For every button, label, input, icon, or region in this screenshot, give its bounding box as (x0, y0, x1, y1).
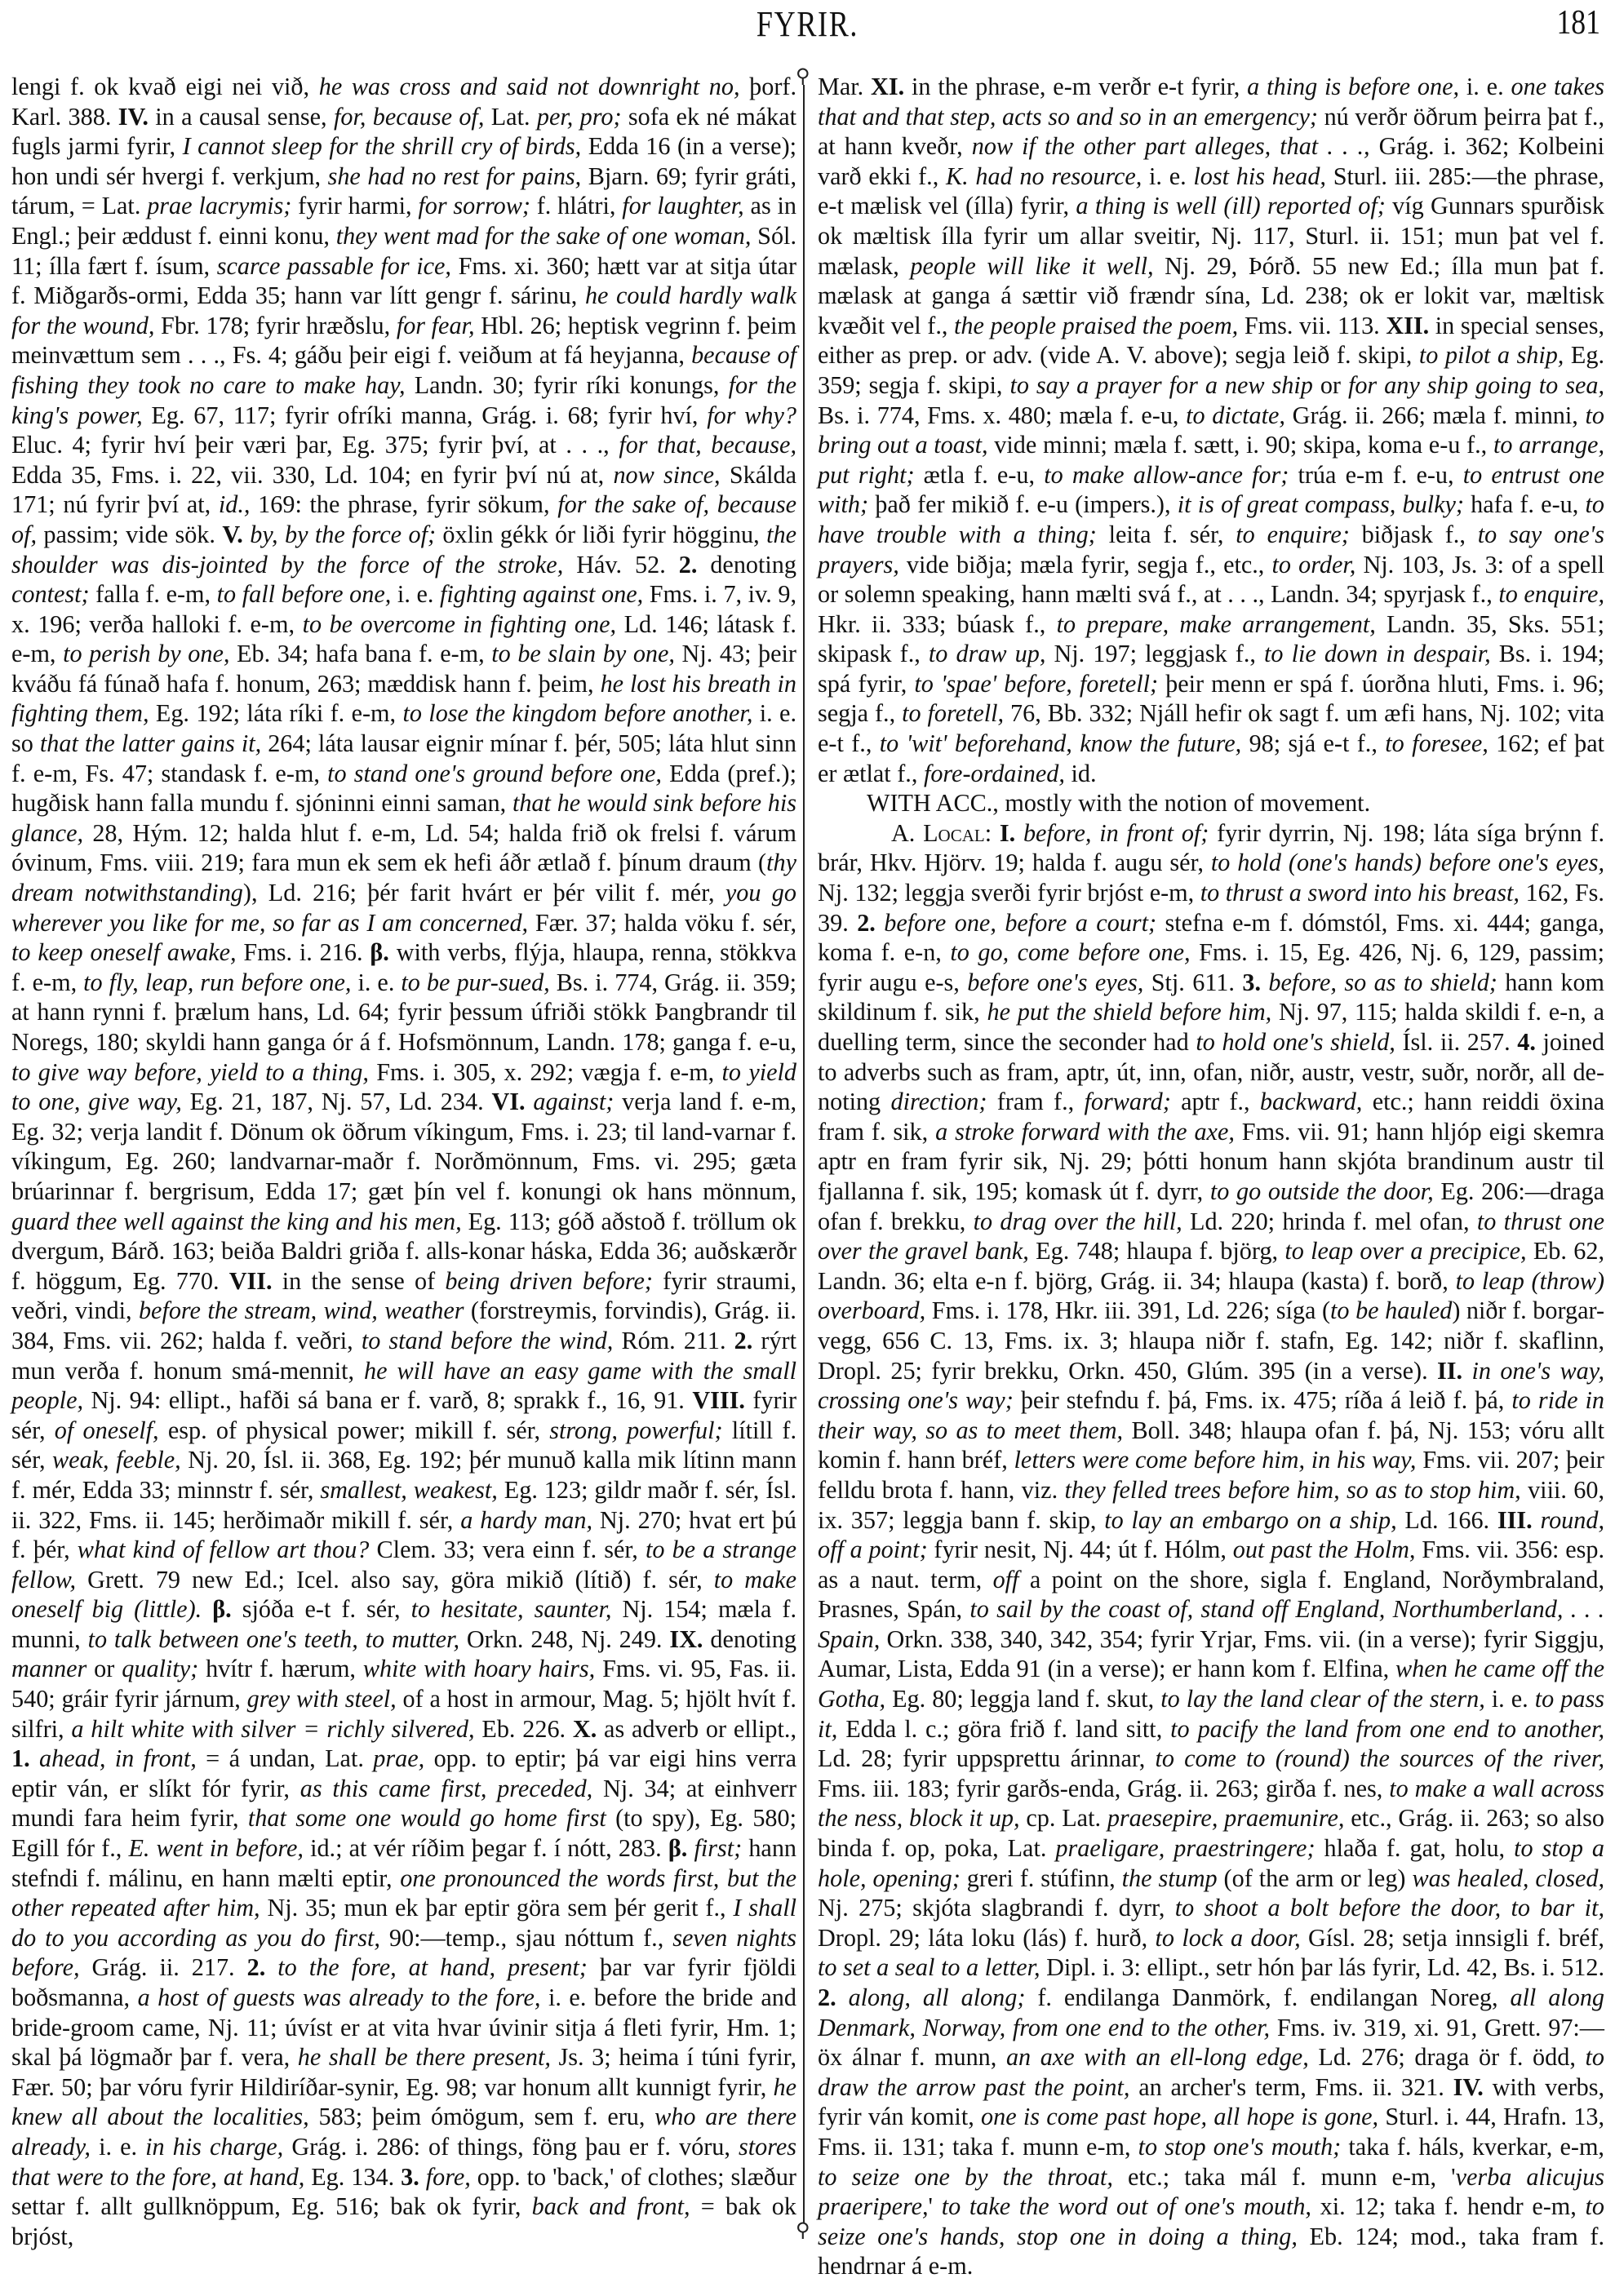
gloss-text: to lock a door, (1156, 1924, 1301, 1952)
entry-text: ' (929, 2192, 942, 2220)
sense-marker: 3. (401, 2163, 419, 2191)
entry-text: id.; at vér ríðim þegar f. í nótt, 283. (304, 1834, 668, 1862)
entry-text: Grág. i. 286: of things, föng þau er f. … (283, 2133, 739, 2161)
entry-text: ), Ld. 216; þér farit hvárt er þér vilit… (243, 879, 725, 906)
entry-text: Eb. 34; hafa bana f. e-m, (229, 640, 491, 667)
page-header: FYRIR. 181 (0, 0, 1615, 49)
entry-text (876, 909, 884, 937)
sense-marker: 2. (247, 1953, 266, 1981)
gloss-text: to stand before the wind, (362, 1327, 614, 1354)
entry-text: Nj. 35; mun ek þar eptir göra sem þér ge… (260, 1894, 734, 1921)
gloss-text: being driven before; (445, 1267, 653, 1295)
gloss-text: before, so as to shield; (1268, 968, 1497, 996)
gloss-text: prae, (373, 1744, 424, 1772)
sense-marker: IV. (118, 103, 149, 131)
sense-marker: V. (222, 521, 242, 548)
entry-text: Edda l. c.; göra frið f. land sitt, (837, 1715, 1170, 1743)
gloss-text: to thrust a sword into his breast, (1200, 879, 1520, 906)
gloss-text: a hardy man, (460, 1506, 592, 1534)
entry-text: það fer mikið f. e-u (impers.), (868, 490, 1178, 518)
gloss-text: before, in front of; (1023, 819, 1209, 847)
gloss-text: for sorrow; (418, 192, 530, 219)
sense-marker: 4. (1517, 1028, 1536, 1056)
sense-marker: 1. (11, 1744, 30, 1772)
column-rule-top-ornament-icon: ⚲ (796, 67, 810, 86)
entry-text: fram f., (987, 1088, 1084, 1115)
gloss-text: to order, (1272, 551, 1356, 578)
entry-text: hafa f. e-u, (1464, 490, 1586, 518)
sense-marker: 2. (818, 1984, 836, 2011)
gloss-text: for why? (707, 401, 796, 429)
gloss-text: to draw up, (929, 640, 1045, 667)
entry-text: Stj. 611. (1143, 968, 1242, 996)
gloss-text: white with hoary hairs, (363, 1655, 595, 1682)
entry-text: an archer's term, Fms. ii. 321. (1129, 2073, 1453, 2101)
gloss-text: to shoot a bolt before the door, to bar … (1175, 1894, 1604, 1921)
entry-text: taka f. háls, kverkar, e-m, (1341, 2133, 1604, 2161)
gloss-text: before one, before a court; (884, 909, 1156, 937)
gloss-text: grey with steel, (247, 1685, 397, 1713)
gloss-text: lost his head, (1193, 162, 1326, 190)
gloss-text: to prepare, make arrangement, (1057, 610, 1376, 638)
gloss-text: to be hauled (1330, 1296, 1452, 1324)
sense-marker: XI. (871, 73, 904, 100)
entry-text: Eb. 226. (475, 1715, 573, 1743)
gloss-text: fighting against one, (440, 580, 643, 608)
entry-text: Háv. 52. (563, 551, 678, 578)
sense-marker: 2. (679, 551, 698, 578)
gloss-text: to hold (one's hands) before one's eyes, (1211, 849, 1604, 876)
sense-marker: XII. (1386, 312, 1429, 339)
entry-text (419, 2163, 426, 2191)
entry-text (243, 521, 250, 548)
entry-text: 583; þeim ómögum, sem f. eru, (309, 2103, 654, 2130)
gloss-text: to take the word out of one's mouth, (942, 2192, 1311, 2220)
entry-text: i. e. (1459, 73, 1511, 100)
gloss-text: along, all along; (849, 1984, 1026, 2011)
entry-text: ætla f. e-u, (915, 461, 1045, 489)
gloss-text: contest; (11, 580, 90, 608)
gloss-text: off (993, 1566, 1019, 1593)
entry-text: leita f. sér, (1097, 521, 1236, 548)
gloss-text: to talk between one's teeth, to mutter, (88, 1625, 459, 1653)
gloss-text: was healed, closed, (1412, 1864, 1604, 1892)
entry-text: WITH ACC., mostly with the notion of mov… (867, 789, 1370, 817)
entry-text: biðjask f., (1350, 521, 1478, 548)
gloss-text: to stop one's mouth; (1138, 2133, 1342, 2161)
gloss-text: id., (219, 490, 251, 518)
entry-text: i. e. (91, 2133, 145, 2161)
gloss-text: as this came first, preceded, (300, 1775, 593, 1802)
entry-text: Eg. 80; leggja land f. skut, (885, 1685, 1160, 1713)
gloss-text: to make allow-ance for; (1044, 461, 1289, 489)
gloss-text: against; (533, 1088, 614, 1115)
gloss-text: per, pro; (537, 103, 622, 131)
entry-text: Grág. ii. 217. (80, 1953, 247, 1981)
sense-marker: VI. (491, 1088, 525, 1115)
entry-paragraph: WITH ACC., mostly with the notion of mov… (818, 788, 1604, 818)
gloss-text: to set a seal to a letter, (818, 1953, 1040, 1981)
entry-text (526, 1088, 534, 1115)
entry-text: Fbr. 178; fyrir hræðslu, (154, 312, 396, 339)
sense-marker: II. (1437, 1357, 1462, 1385)
gloss-text: E. went in before, (128, 1834, 303, 1862)
gloss-text: to pacify the land from one end to anoth… (1170, 1715, 1604, 1743)
entry-text: 28, Hým. 12; halda hlut f. e-m, Ld. 54; … (11, 819, 796, 877)
gloss-text: to seize one by the throat, (818, 2163, 1113, 2191)
entry-text: Lat. (484, 103, 537, 131)
left-column: lengi f. ok kvað eigi nei við, he was cr… (11, 72, 796, 2251)
entry-text: Eg. 67, 117; fyrir ofríki manna, Grág. i… (143, 401, 708, 429)
gloss-text: for that, because, (619, 431, 796, 459)
entry-text: esp. of physical power; mikill f. sér, (159, 1416, 550, 1444)
entry-text: hvítr f. hærum, (198, 1655, 363, 1682)
entry-text: hlaða f. gat, holu, (1316, 1834, 1515, 1862)
gloss-text: it is of great compass, bulky; (1178, 490, 1464, 518)
gloss-text: now if the other part alleges, that . . … (972, 132, 1370, 160)
gloss-text: to foresee, (1385, 729, 1488, 757)
gloss-text: forward; (1085, 1088, 1171, 1115)
gloss-text: backward, (1260, 1088, 1362, 1115)
entry-text: falla f. e-m, (90, 580, 217, 608)
entry-text: f. hlátri, (530, 192, 622, 219)
entry-text: öxlin gékk ór liði fyrir högginu, (436, 521, 766, 548)
entry-text: 98; sjá e-t f., (1241, 729, 1385, 757)
gloss-text: he shall be there present, (298, 2043, 551, 2071)
entry-text (1261, 968, 1268, 996)
gloss-text: I cannot sleep for the shrill cry of bir… (183, 132, 582, 160)
entry-text: Grett. 79 new Ed.; Icel. also say, göra … (76, 1566, 714, 1593)
gloss-text: he put the shield before him, (987, 998, 1271, 1026)
gloss-text: to hesitate, saunter, (411, 1595, 612, 1623)
sense-marker: IV. (1453, 2073, 1484, 2101)
gloss-text: by, by the force of; (250, 521, 436, 548)
column-divider-rule (803, 85, 805, 2223)
gloss-text: to come to (round) the sources of the ri… (1156, 1744, 1605, 1772)
gloss-text: one is come past hope, all hope is gone, (981, 2103, 1378, 2130)
entry-text: Eg. 748; hlaupa f. björg, (1029, 1237, 1284, 1265)
gloss-text: to be overcome in fighting one, (303, 610, 616, 638)
gloss-text: a host of guests was already to the fore… (138, 1984, 541, 2011)
entry-text: i. e. (351, 968, 401, 996)
entry-text: Eg. 192; láta ríki f. e-m, (149, 699, 403, 727)
gloss-text: for fear, (397, 312, 475, 339)
entry-text: 169: the phrase, fyrir sökum, (250, 490, 557, 518)
entry-text: cp. Lat. (1020, 1804, 1107, 1832)
gloss-text: now since, (613, 461, 720, 489)
entry-text: Ld. 220; hrinda f. mel ofan, (1182, 1208, 1477, 1235)
entry-text: Grág. ii. 266; mæla f. minni, (1285, 401, 1586, 429)
entry-text: Dropl. 29; láta loku (lás) f. hurð, (818, 1924, 1156, 1952)
entry-text: denoting (703, 1625, 796, 1653)
entry-text: Fms. iii. 183; fyrir garðs-enda, Grág. i… (818, 1775, 1389, 1802)
gloss-text: of oneself, (55, 1416, 159, 1444)
entry-paragraph: Mar. XI. in the phrase, e-m verðr e-t fy… (818, 72, 1604, 788)
page-number: 181 (1556, 3, 1600, 42)
gloss-text: letters were come before him, in his way… (1014, 1446, 1417, 1474)
gloss-text: to lay the land clear of the stern, (1160, 1685, 1485, 1713)
entry-text: Nj. 197; leggjask f., (1045, 640, 1264, 667)
gloss-text: the people praised the poem, (954, 312, 1238, 339)
sense-marker: III. (1497, 1506, 1533, 1534)
gloss-text: a thing is well (ill) reported of; (1076, 192, 1385, 219)
entry-paragraph: lengi f. ok kvað eigi nei við, he was cr… (11, 72, 796, 2251)
entry-text (202, 1595, 212, 1623)
gloss-text: to perish by one, (63, 640, 229, 667)
entry-text: etc.; taka mál f. munn e-m, ' (1113, 2163, 1456, 2191)
entry-text: in the phrase, e-m verðr e-t fyrir, (904, 73, 1247, 100)
entry-text: Eg. 134. (304, 2163, 401, 2191)
sense-marker: X. (573, 1715, 597, 1743)
entry-text: vide biðja; mæla fyrir, segja f., etc., (899, 551, 1272, 578)
entry-text: Ísl. ii. 257. (1395, 1028, 1517, 1056)
sense-marker: IX. (669, 1625, 703, 1653)
entry-text: xi. 12; taka f. hendr e-m, (1311, 2192, 1586, 2220)
gloss-text: he was cross and said not downright no, (319, 73, 740, 100)
gloss-text: to go, come before one, (950, 938, 1190, 966)
entry-text: or (1313, 371, 1348, 399)
sense-marker: β. (668, 1834, 687, 1862)
entry-text: Róm. 211. (613, 1327, 734, 1354)
entry-text: Orkn. 248, Nj. 249. (459, 1625, 669, 1653)
sense-marker: 3. (1242, 968, 1261, 996)
entry-text: (of the arm or leg) (1218, 1864, 1413, 1892)
entry-text: A. (891, 819, 923, 847)
gloss-text: scarce passable for ice, (217, 252, 451, 280)
entry-text: trúa e-m f. e-u, (1289, 461, 1462, 489)
entry-text (1015, 819, 1023, 847)
gloss-text: the stump (1122, 1864, 1218, 1892)
gloss-text: praeligare, praestringere; (1055, 1834, 1315, 1862)
gloss-text: to enquire; (1236, 521, 1350, 548)
gloss-text: to fall before one, (217, 580, 392, 608)
entry-text: : (985, 819, 1000, 847)
gloss-text: prae lacrymis; (147, 192, 291, 219)
gloss-text: to fly, leap, run before one, (83, 968, 351, 996)
entry-text: lengi f. ok kvað eigi nei við, (11, 73, 319, 100)
entry-text: or (87, 1655, 122, 1682)
entry-text: Fms. vii. 113. (1238, 312, 1386, 339)
entry-text: Hkr. ii. 333; búask f., (818, 610, 1057, 638)
gloss-text: to be pur-sued, (401, 968, 549, 996)
gloss-text: she had no rest for pains, (328, 162, 582, 190)
entry-text: fyrir harmi, (291, 192, 418, 219)
gloss-text: weak, feeble, (52, 1446, 181, 1474)
gloss-text: quality; (122, 1655, 198, 1682)
entry-text: Gísl. 28; setja innsigli f. bréf, (1301, 1924, 1604, 1952)
entry-text (1533, 1506, 1541, 1534)
gloss-text: to hold one's shield, (1196, 1028, 1395, 1056)
gloss-text: to lose the kingdom before another, (402, 699, 752, 727)
gloss-text: to dictate, (1186, 401, 1285, 429)
gloss-text: to go outside the door, (1210, 1177, 1434, 1205)
gloss-text: a hilt white with silver = richly silver… (71, 1715, 474, 1743)
entry-paragraph: A. Local: I. before, in front of; fyrir … (818, 818, 1604, 2281)
entry-text: Nj. 132; leggja sverði fyrir brjóst e-m, (818, 879, 1200, 906)
gloss-text: to the fore, at hand, present; (277, 1953, 588, 1981)
entry-text: greri f. stúfinn, (961, 1864, 1122, 1892)
entry-text: Eg. 21, 187, Nj. 57, Ld. 234. (182, 1088, 492, 1115)
entry-text (1462, 1357, 1471, 1385)
gloss-text: to say a prayer for a new ship (1009, 371, 1312, 399)
entry-text: þeir stefndu f. þá, Fms. ix. 475; ríða á… (1014, 1386, 1512, 1414)
gloss-text: that some one would go home first (248, 1804, 606, 1832)
gloss-text: to leap over a precipice, (1284, 1237, 1526, 1265)
sense-marker: VII. (229, 1267, 273, 1295)
gloss-text: for any ship going to sea, (1348, 371, 1604, 399)
gloss-text: ahead, in front, (39, 1744, 197, 1772)
sense-marker: 2. (734, 1327, 753, 1354)
entry-text: i. e. (1142, 162, 1193, 190)
entry-text: 90:—temp., sjau nóttum f., (380, 1924, 672, 1952)
entry-text: passim; vide sök. (37, 521, 222, 548)
gloss-text: direction; (890, 1088, 987, 1115)
entry-text: as adverb or ellipt., (597, 1715, 796, 1743)
gloss-text: what kind of fellow art thou? (78, 1536, 370, 1563)
gloss-text: to drag over the hill, (974, 1208, 1182, 1235)
gloss-text: an axe with an ell-long edge, (1006, 2043, 1309, 2071)
gloss-text: strong, powerful; (549, 1416, 722, 1444)
right-column: Mar. XI. in the phrase, e-m verðr e-t fy… (818, 72, 1604, 2281)
entry-text: denoting (697, 551, 796, 578)
gloss-text: in his charge, (145, 2133, 283, 2161)
column-rule-bottom-ornament-icon: ⚲ (796, 2221, 810, 2241)
sense-marker: VIII. (692, 1386, 745, 1414)
entry-text: vide minni; mæla f. sætt, i. 90; skipa, … (988, 431, 1493, 459)
gloss-text: they felled trees before him, so as to s… (1064, 1476, 1520, 1504)
entry-text: Fms. i. 305, x. 292; vægja f. e-m, (369, 1058, 722, 1086)
gloss-text: K. had no resource, (946, 162, 1142, 190)
gloss-text: that the latter gains it, (40, 729, 261, 757)
gloss-text: to foretell, (902, 699, 1004, 727)
entry-text: i. e. (391, 580, 440, 608)
entry-text: Edda 35, Fms. i. 22, vii. 330, Ld. 104; … (11, 461, 613, 489)
sense-marker: β. (370, 938, 388, 966)
gloss-text: fore, (426, 2163, 471, 2191)
gloss-text: to 'wit' beforehand, know the future, (880, 729, 1241, 757)
gloss-text: for laughter, (622, 192, 744, 219)
entry-text: in a causal sense, (149, 103, 334, 131)
gloss-text: praesepire, praemunire, (1107, 1804, 1345, 1832)
entry-text: Ld. 28; fyrir uppsprettu árinnar, (818, 1744, 1156, 1772)
entry-text: Bs. i. 774, Fms. x. 480; mæla f. e-u, (818, 401, 1186, 429)
gloss-text: manner (11, 1655, 87, 1682)
gloss-text: to keep oneself awake, (11, 938, 237, 966)
gloss-text: a stroke forward with the axe, (935, 1118, 1235, 1146)
gloss-text: to pilot a ship, (1419, 341, 1564, 369)
entry-text: Fær. 37; halda vöku f. sér, (528, 909, 796, 937)
gloss-text: a thing is before one, (1247, 73, 1459, 100)
entry-text: i. e. (1485, 1685, 1535, 1713)
gloss-text: they went mad for the sake of one woman, (336, 222, 752, 250)
entry-text: Landn. 30; fyrir ríki konungs, (406, 371, 729, 399)
gloss-text: to be slain by one, (491, 640, 675, 667)
gloss-text: before the stream, wind, weather (139, 1296, 464, 1324)
entry-text: Mar. (818, 73, 871, 100)
section-label: Local (923, 819, 985, 847)
entry-text: fyrir nesit, Nj. 44; út f. Hólm, (928, 1536, 1233, 1563)
entry-text: Nj. 275; skjóta slagbrandi f. dyrr, (818, 1894, 1175, 1921)
gloss-text: to give way before, yield to a thing, (11, 1058, 369, 1086)
entry-text (836, 1984, 849, 2011)
entry-text: f. endilanga Danmörk, f. endilangan Nore… (1025, 1984, 1510, 2011)
gloss-text: first; (694, 1834, 742, 1862)
sense-marker: β. (212, 1595, 231, 1623)
entry-text: Fms. i. 216. (237, 938, 370, 966)
gloss-text: for, because of, (334, 103, 484, 131)
gloss-text: out past the Holm, (1233, 1536, 1416, 1563)
gloss-text: guard thee well against the king and his… (11, 1208, 462, 1235)
gloss-text: fore-ordained, (924, 760, 1065, 787)
gloss-text: back and front, (532, 2192, 690, 2220)
gloss-text: smallest, weakest, (320, 1476, 498, 1504)
entry-text: = á undan, Lat. (197, 1744, 374, 1772)
entry-text: sjóða e-t f. sér, (232, 1595, 411, 1623)
sense-marker: 2. (857, 909, 876, 937)
entry-text: Eluc. 4; fyrir hví þeir væri þar, Eg. 37… (11, 431, 619, 459)
entry-text: Ld. 276; draga ör f. ödd, (1309, 2043, 1586, 2071)
gloss-text: to 'spae' before, foretell; (914, 670, 1158, 698)
entry-text: Dipl. i. 3: ellipt., setr hón þar lás fy… (1040, 1953, 1604, 1981)
gloss-text: to lay an embargo on a ship, (1104, 1506, 1396, 1534)
entry-text (265, 1953, 277, 1981)
gloss-text: to stand one's ground before one, (327, 760, 662, 787)
entry-text: Ld. 166. (1397, 1506, 1497, 1534)
entry-text: Fms. i. 178, Hkr. iii. 391, Ld. 226; síg… (925, 1296, 1330, 1324)
sense-marker: I. (1000, 819, 1015, 847)
gloss-text: to enquire, (1498, 580, 1604, 608)
entry-text (30, 1744, 39, 1772)
entry-text: aptr f., (1171, 1088, 1260, 1115)
gloss-text: before one's eyes, (967, 968, 1143, 996)
gloss-text: to lie down in despair, (1264, 640, 1491, 667)
entry-text: Nj. 94: ellipt., hafði sá bana er f. var… (83, 1386, 692, 1414)
entry-text: in the sense of (273, 1267, 446, 1295)
gloss-text: people will like it well, (910, 252, 1153, 280)
entry-text: Clem. 33; vera einn f. sér, (369, 1536, 646, 1563)
entry-text: id. (1065, 760, 1097, 787)
running-head: FYRIR. (145, 3, 1470, 45)
